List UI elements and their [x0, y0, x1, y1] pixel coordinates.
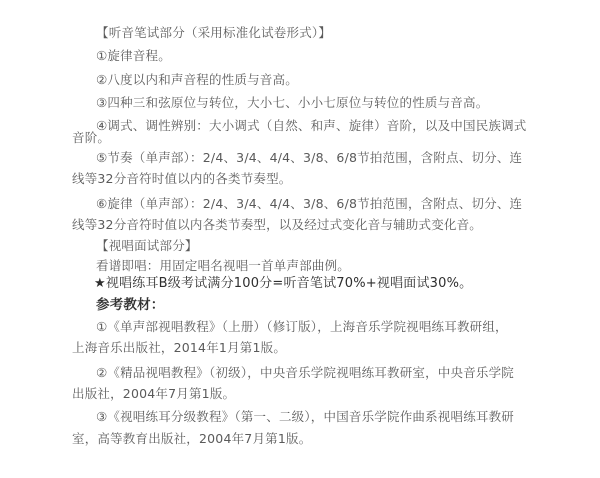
- reference-item-3: ③《视唱练耳分级教程》（第一、二级），中国音乐学院作曲系视唱练耳教研: [96, 409, 514, 425]
- listening-item-5-cont: 线等32分音符时值以内的各类节奏型。: [72, 171, 292, 187]
- reference-item-2-cont: 出版社，2004年7月第1版。: [72, 386, 235, 402]
- sightsinging-section-title: 【视唱面试部分】: [96, 238, 198, 254]
- listening-item-4: ④调式、调性辨别：大小调式（自然、和声、旋律）音阶，以及中国民族调式: [96, 118, 527, 134]
- score-note: ★视唱练耳B级考试满分100分=听音笔试70%+视唱面试30%。: [94, 276, 472, 292]
- reference-item-3-cont: 室，高等教育出版社，2004年7月第1版。: [72, 431, 311, 447]
- references-title: 参考教材：: [96, 297, 165, 313]
- listening-item-6: ⑥旋律（单声部）：2/4、3/4、4/4、3/8、6/8节拍范围，含附点、切分、…: [96, 196, 522, 212]
- listening-item-1: ①旋律音程。: [96, 48, 171, 64]
- reference-item-1-cont: 上海音乐出版社，2014年1月第1版。: [72, 340, 286, 356]
- listening-item-5: ⑤节奏（单声部）：2/4、3/4、4/4、3/8、6/8节拍范围，含附点、切分、…: [96, 150, 522, 166]
- reference-item-1: ①《单声部视唱教程》（上册）（修订版），上海音乐学院视唱练耳教研组，: [96, 319, 508, 335]
- sightsinging-text: 看谱即唱：用固定唱名视唱一首单声部曲例。: [96, 258, 350, 274]
- listening-item-2: ②八度以内和声音程的性质与音高。: [96, 72, 298, 88]
- document-page: 【听音笔试部分（采用标准化试卷形式）】 ①旋律音程。 ②八度以内和声音程的性质与…: [0, 0, 600, 478]
- listening-item-6-cont: 线等32分音符时值以内各类节奏型，以及经过式变化音与辅助式变化音。: [72, 217, 482, 233]
- reference-item-2: ②《精品视唱教程》（初级），中央音乐学院视唱练耳教研室，中央音乐学院: [96, 365, 514, 381]
- listening-item-3: ③四种三和弦原位与转位，大小七、小小七原位与转位的性质与音高。: [96, 95, 488, 111]
- listening-item-4-cont: 音阶。: [72, 130, 110, 146]
- listening-section-title: 【听音笔试部分（采用标准化试卷形式）】: [96, 25, 331, 41]
